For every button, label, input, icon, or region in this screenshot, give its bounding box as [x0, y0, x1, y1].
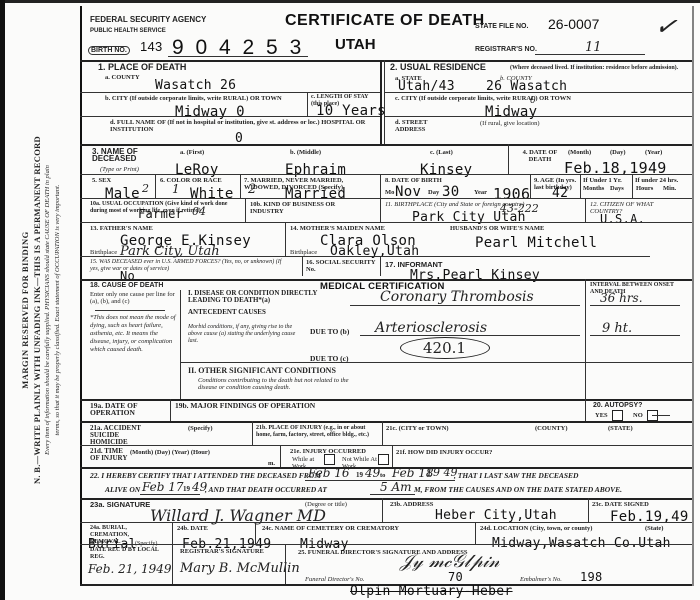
- injury-state-label: (STATE): [608, 425, 633, 432]
- cause-footnote: *This does not mean the mode of dying, s…: [90, 314, 178, 354]
- embalmer-no: 198: [580, 570, 603, 584]
- cause-b-value: Arteriosclerosis: [375, 320, 487, 336]
- cause-instructions: Enter only one cause per line for (a), (…: [90, 291, 175, 305]
- cemetery-label: 24c. NAME OF CEMETERY OR CREMATORY: [262, 525, 399, 532]
- cause-of-death-label: 18. CAUSE OF DEATH: [90, 282, 163, 289]
- autopsy-no-check-mark: [652, 415, 670, 416]
- time-of-injury-columns: (Month) (Day) (Year) (Hour): [130, 449, 210, 456]
- certify-statement-1: 22. I HEREBY CERTIFY THAT I ATTENDED THE…: [90, 472, 321, 479]
- mother-maiden-name-label: 14. MOTHER'S MAIDEN NAME: [290, 225, 385, 232]
- first-name-label: a. (First): [180, 149, 204, 156]
- alive-on-date: Feb 17: [142, 480, 184, 494]
- interval-b: 9 ht.: [602, 321, 632, 336]
- birth-no-prefix: 143: [140, 39, 163, 54]
- physician-address-label: 23b. ADDRESS: [390, 501, 433, 508]
- social-security-label: 16. SOCIAL SECURITY No.: [306, 259, 381, 273]
- race-code: 1: [172, 182, 180, 196]
- dob-month-prefix: Mo: [385, 189, 394, 196]
- sex-label: 5. SEX: [92, 177, 111, 184]
- under-1yr-label: If Under 1 Yr.: [583, 177, 622, 184]
- death-county-label: a. COUNTY: [105, 74, 140, 81]
- funeral-director-no-label: Funeral Director's No.: [305, 576, 364, 583]
- causes-stated-text: M, FROM THE CAUSES AND ON THE DATE STATE…: [414, 486, 622, 493]
- operation-date-label: 19a. DATE OF OPERATION: [90, 402, 165, 416]
- state-file-number: 26-0007: [548, 16, 599, 32]
- last-name: Kinsey: [420, 162, 472, 178]
- embalmer-no-label: Embalmer's No.: [520, 576, 562, 583]
- death-time: 5 Am: [380, 480, 412, 494]
- signature-label: 23a. SIGNATURE: [90, 501, 150, 508]
- scan-edge-right: [692, 6, 694, 586]
- time-m-label: m.: [268, 460, 275, 467]
- morbid-conditions-note: Morbid conditions, if any, giving rise t…: [188, 324, 306, 345]
- injury-city-label: 21c. (CITY or TOWN): [386, 425, 449, 432]
- service-name: PUBLIC HEALTH SERVICE: [90, 28, 166, 35]
- date-received: Feb. 21, 1949: [88, 562, 172, 576]
- date-of-death-label: 4. DATE OF DEATH: [520, 149, 560, 163]
- under-24hrs-label: If under 24 hrs.: [635, 177, 678, 184]
- time-of-injury-label: 21d. TIME OF INJURY: [90, 448, 130, 462]
- registrar-number: 11: [585, 40, 602, 55]
- autopsy-label: 20. AUTOPSY?: [593, 402, 642, 409]
- death-day-label: (Day): [610, 149, 626, 156]
- burial-date-label: 24b. DATE: [177, 525, 208, 532]
- burial-location-label: 24d. LOCATION (City, town, or county): [480, 525, 592, 532]
- death-city-label: b. CITY (If outside corporate limits, wr…: [105, 95, 305, 102]
- name-of-deceased-label: 3. NAME OF DECEASED: [92, 148, 152, 162]
- margin-instructions-1: Every item of information should be care…: [43, 30, 53, 590]
- armed-forces: No: [120, 269, 135, 283]
- accident-specify-label: (Specify): [188, 425, 213, 432]
- other-conditions-label: II. OTHER SIGNIFICANT CONDITIONS: [188, 367, 336, 374]
- alive-on-label: ALIVE ON: [105, 486, 140, 493]
- marital-status: Married: [285, 186, 346, 202]
- death-occurred-text: , AND THAT DEATH OCCURRED AT: [205, 486, 327, 493]
- scan-edge-top: [0, 0, 700, 3]
- certify-statement-2: , THAT I LAST SAW THE DECEASED: [454, 472, 578, 479]
- hours-label: Hours: [636, 185, 653, 192]
- certificate-title: CERTIFICATE OF DEATH: [285, 12, 485, 30]
- state-name: UTAH: [335, 36, 376, 53]
- margin-instructions-2: terms, so that it may be properly classi…: [53, 30, 63, 590]
- hospital-label: d. FULL NAME OF (If not in hospital or i…: [110, 119, 380, 133]
- attended-to-year: 19 49: [426, 466, 458, 479]
- spouse-name: Pearl Mitchell: [475, 235, 597, 251]
- state-file-label: STATE FILE NO.: [475, 23, 528, 30]
- how-injury-occurred-label: 21f. HOW DID INJURY OCCUR?: [396, 449, 492, 456]
- residence-city-code: 0: [530, 96, 536, 106]
- street-address-label: d. STREET ADDRESS: [395, 119, 445, 133]
- icd-code: 420.1: [423, 339, 466, 357]
- due-to-c-label: DUE TO (c): [310, 355, 348, 362]
- race-label: 6. COLOR OR RACE: [160, 177, 222, 184]
- minutes-label: Min.: [663, 185, 676, 192]
- business-label: 10b. KIND OF BUSINESS OR INDUSTRY: [250, 201, 370, 215]
- registrar-no-label: REGISTRAR'S NO.: [475, 46, 537, 53]
- attended-from: Feb 16: [308, 466, 350, 480]
- street-address-note: (If rural, give location): [480, 120, 540, 127]
- cause-a-value: Coronary Thrombosis: [380, 289, 534, 305]
- informant-label: 17. INFORMANT: [385, 261, 443, 268]
- while-at-work-checkbox[interactable]: [324, 454, 335, 465]
- due-to-b-label: DUE TO (b): [310, 328, 349, 335]
- autopsy-yes-checkbox[interactable]: [612, 410, 623, 421]
- funeral-director-signature-icon: 𝒥𝓎 𝓂𝒸𝒢𝓁𝓅𝒾𝓃: [400, 551, 500, 572]
- certificate-form: FEDERAL SECURITY AGENCY PUBLIC HEALTH SE…: [80, 6, 692, 596]
- last-name-label: c. (Last): [430, 149, 453, 156]
- citizenship: U.S.A.: [600, 212, 645, 226]
- operation-findings-label: 19b. MAJOR FINDINGS OF OPERATION: [175, 402, 315, 409]
- interval-a: 36 hrs.: [600, 291, 643, 305]
- death-county: Wasatch 26: [155, 78, 236, 93]
- marital-code: 2: [248, 182, 256, 197]
- from-year-prefix: 19: [356, 472, 363, 479]
- funeral-home-name: Olpin Mortuary-Heber: [350, 584, 513, 599]
- date-received-label: DATE REC'D BY LOCAL REG.: [90, 547, 168, 561]
- usual-residence-note: (Where deceased lived. If institution: r…: [510, 65, 690, 72]
- sex-value: Male: [105, 186, 140, 202]
- margin-reserved-text: MARGIN RESERVED FOR BINDING: [19, 30, 31, 590]
- spouse-name-label: HUSBAND'S OR WIFE'S NAME: [450, 225, 544, 232]
- autopsy-yes-label: YES: [595, 412, 608, 419]
- first-name: LeRoy: [175, 162, 219, 178]
- place-of-injury-label: 21b. PLACE OF INJURY (e.g., in or about …: [256, 425, 381, 439]
- birthplace-code: 43-222: [500, 202, 539, 215]
- binding-margin: MARGIN RESERVED FOR BINDING N. B.—WRITE …: [6, 30, 76, 590]
- date-signed-label: 23c. DATE SIGNED: [592, 501, 649, 508]
- alive-year-prefix: 19: [183, 486, 190, 493]
- dob-year-prefix: Year: [474, 189, 487, 196]
- burial-state-label: (State): [645, 525, 663, 532]
- father-birthplace-label: Birthplace: [90, 249, 117, 256]
- race-value: White: [190, 186, 234, 202]
- injury-county-label: (COUNTY): [535, 425, 568, 432]
- funeral-director-no: 70: [448, 570, 463, 584]
- autopsy-no-label: NO: [633, 412, 643, 419]
- registrar-signature: Mary B. McMullin: [180, 561, 300, 576]
- attended-from-year: 49: [365, 466, 380, 480]
- scan-edge-left: [0, 0, 5, 600]
- disease-condition-label: I. DISEASE OR CONDITION DIRECTLY LEADING…: [188, 290, 348, 304]
- antecedent-causes-label: ANTECEDENT CAUSES: [188, 309, 266, 316]
- middle-name-label: b. (Middle): [290, 149, 321, 156]
- middle-name: Ephraim: [285, 162, 346, 178]
- sex-code: 2: [142, 182, 149, 195]
- father-name-label: 13. FATHER'S NAME: [90, 225, 153, 232]
- margin-write-plainly-text: N. B.—WRITE PLAINLY WITH UNFADING INK—TH…: [31, 30, 43, 590]
- registrar-signature-label: REGISTRAR'S SIGNATURE: [180, 548, 264, 555]
- usual-residence-label: 2. USUAL RESIDENCE: [390, 64, 486, 71]
- occupation-code: 04: [192, 205, 206, 218]
- name-type-note: (Type or Print): [100, 166, 139, 173]
- death-year-label: (Year): [645, 149, 662, 156]
- agency-name: FEDERAL SECURITY AGENCY: [90, 16, 206, 23]
- date-of-birth-label: 8. DATE OF BIRTH: [385, 177, 442, 184]
- dob-day-prefix: Day: [428, 189, 439, 196]
- not-at-work-checkbox[interactable]: [378, 454, 389, 465]
- death-certificate-page: MARGIN RESERVED FOR BINDING N. B.—WRITE …: [0, 0, 700, 600]
- to-label: to: [380, 472, 385, 479]
- birth-no-label: BIRTH NO.: [88, 46, 130, 55]
- days-label: Days: [610, 185, 624, 192]
- mother-birthplace-label: Birthplace: [290, 249, 317, 256]
- checkmark-icon: ✓: [653, 11, 679, 44]
- other-conditions-note: Conditions contributing to the death but…: [198, 377, 368, 391]
- death-month-label: (Month): [568, 149, 591, 156]
- residence-city-label: c. CITY (If outside corporate limits, wr…: [395, 95, 575, 102]
- months-label: Months: [583, 185, 604, 192]
- physician-address: Heber City,Utah: [435, 508, 557, 523]
- usual-occupation: Farmer: [138, 207, 183, 221]
- place-of-death-label: 1. PLACE OF DEATH: [98, 64, 186, 71]
- death-city: Midway 0: [175, 104, 245, 120]
- accident-type-label: 21a. ACCIDENT SUICIDE HOMICIDE: [90, 425, 150, 446]
- residence-city: Midway: [485, 104, 537, 120]
